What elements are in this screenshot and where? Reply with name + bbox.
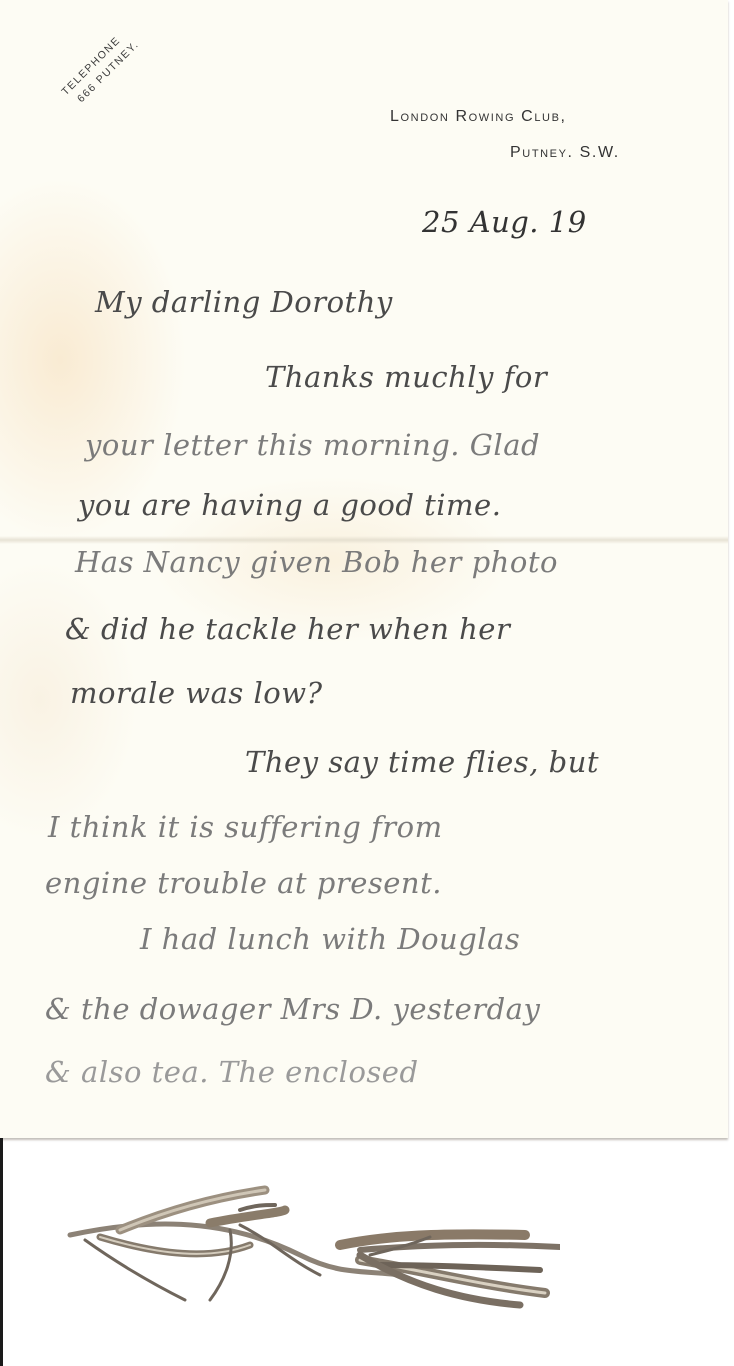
letter-line: & did he tackle her when her bbox=[65, 612, 510, 646]
letter-sheet: TELEPHONE 666 PUTNEY. London Rowing Club… bbox=[0, 0, 728, 1138]
letter-date: 25 Aug. 19 bbox=[422, 205, 587, 239]
club-name: London Rowing Club, bbox=[390, 108, 567, 126]
letter-line: They say time flies, but bbox=[245, 745, 599, 779]
letter-line: morale was low? bbox=[70, 676, 323, 710]
letter-line: you are having a good time. bbox=[78, 488, 501, 522]
letter-line: Has Nancy given Bob her photo bbox=[75, 545, 558, 579]
telephone-stamp: TELEPHONE 666 PUTNEY. bbox=[58, 26, 143, 111]
letter-line: engine trouble at present. bbox=[45, 866, 442, 900]
letter-line: Thanks muchly for bbox=[265, 360, 547, 394]
letter-line: your letter this morning. Glad bbox=[85, 428, 540, 462]
paper-fold-crease bbox=[0, 536, 728, 544]
scan-edge-strip bbox=[0, 1138, 3, 1366]
letter-line: & also tea. The enclosed bbox=[45, 1055, 419, 1089]
letter-line: I think it is suffering from bbox=[48, 810, 443, 844]
letter-line: I had lunch with Douglas bbox=[140, 922, 520, 956]
letter-line: & the dowager Mrs D. yesterday bbox=[45, 992, 540, 1026]
rosemary-sprig-icon bbox=[60, 1175, 560, 1310]
salutation: My darling Dorothy bbox=[95, 285, 393, 319]
club-address: Putney. S.W. bbox=[510, 144, 620, 162]
